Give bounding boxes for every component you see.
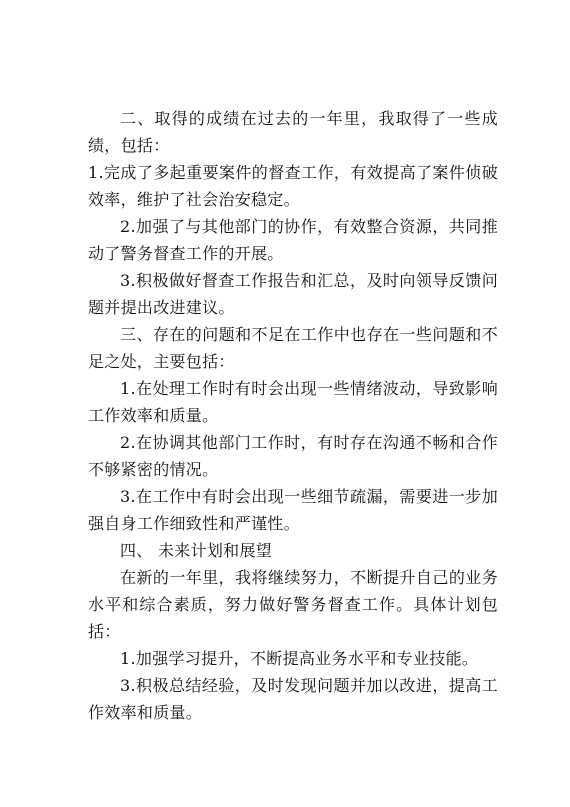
plan-intro: 在新的一年里，我将继续努力，不断提升自己的业务水平和综合素质，努力做好警务督查工… (88, 564, 498, 645)
problem-item-3: 3.在工作中有时会出现一些细节疏漏，需要进一步加强自身工作细致性和严谨性。 (88, 483, 498, 537)
plan-item-3: 3.积极总结经验，及时发现问题并加以改进，提高工作效率和质量。 (88, 672, 498, 726)
section-three-heading: 三、存在的问题和不足在工作中也存在一些问题和不足之处，主要包括： (88, 321, 498, 375)
document-page: 二、取得的成绩在过去的一年里，我取得了一些成绩，包括： 1.完成了多起重要案件的… (88, 105, 498, 726)
achievement-item-1: 1.完成了多起重要案件的督查工作，有效提高了案件侦破效率，维护了社会治安稳定。 (88, 159, 498, 213)
section-two-heading: 二、取得的成绩在过去的一年里，我取得了一些成绩，包括： (88, 105, 498, 159)
problem-item-2: 2.在协调其他部门工作时，有时存在沟通不畅和合作不够紧密的情况。 (88, 429, 498, 483)
section-four-heading: 四、 未来计划和展望 (88, 537, 498, 564)
problem-item-1: 1.在处理工作时有时会出现一些情绪波动，导致影响工作效率和质量。 (88, 375, 498, 429)
achievement-item-2: 2.加强了与其他部门的协作，有效整合资源，共同推动了警务督查工作的开展。 (88, 213, 498, 267)
achievement-item-3: 3.积极做好督查工作报告和汇总，及时向领导反馈问题并提出改进建议。 (88, 267, 498, 321)
plan-item-1: 1.加强学习提升，不断提高业务水平和专业技能。 (88, 645, 498, 672)
